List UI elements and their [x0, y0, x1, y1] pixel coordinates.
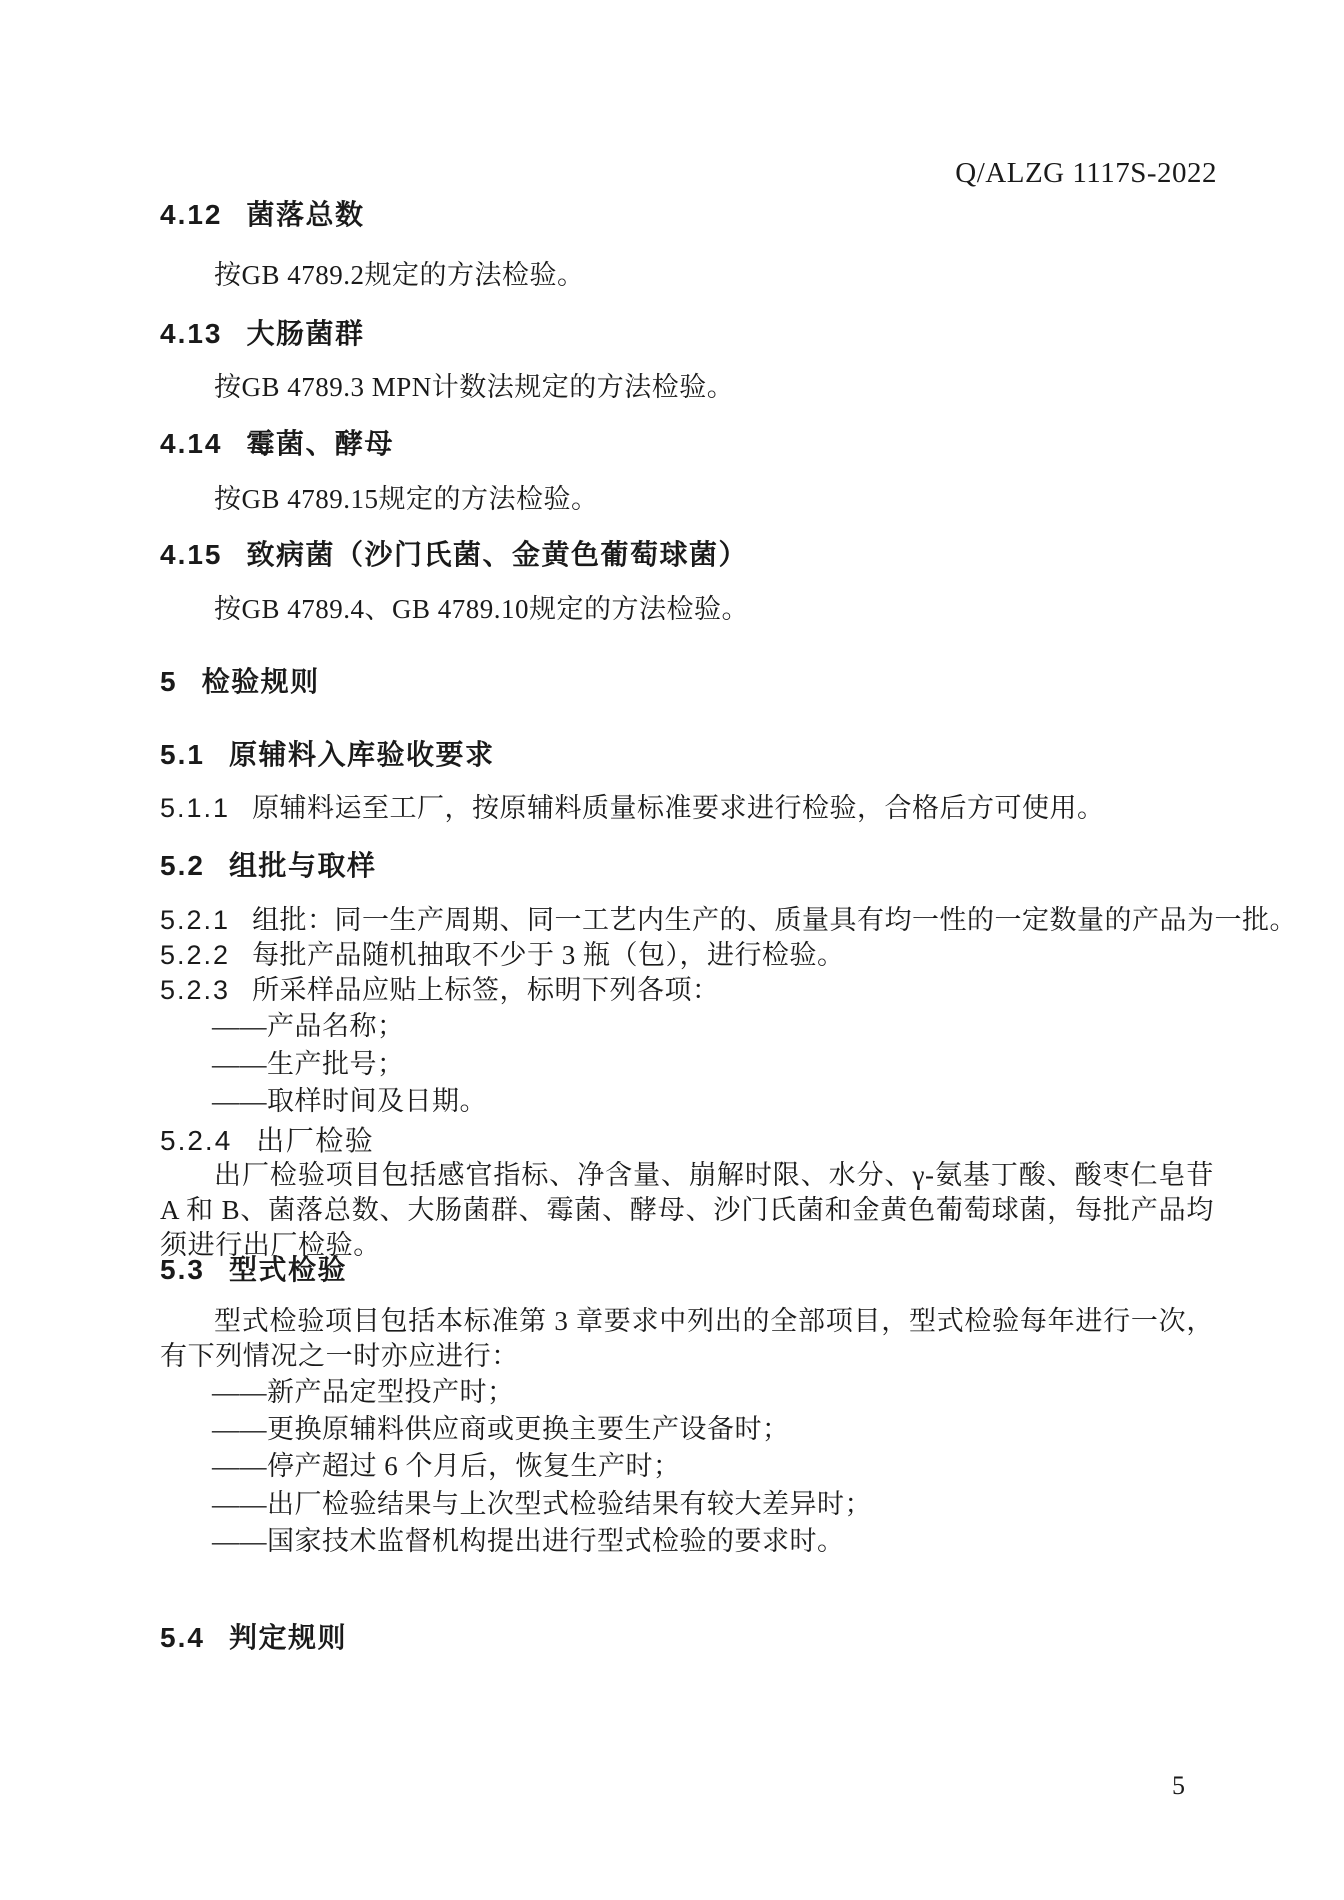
clause-number: 5.2.2 [160, 940, 230, 970]
clause-text: 每批产品随机抽取不少于 3 瓶（包），进行检验。 [252, 940, 845, 970]
heading-number: 5.2 [160, 850, 205, 881]
heading-number: 4.15 [160, 539, 223, 570]
heading-number: 4.13 [160, 318, 223, 349]
clause-5-1-1: 5.1.1原辅料运至工厂，按原辅料质量标准要求进行检验，合格后方可使用。 [160, 791, 1216, 826]
document-page: Q/ALZG 1117S-2022 4.12菌落总数 按GB 4789.2规定的… [0, 0, 1344, 1900]
doc-number-header: Q/ALZG 1117S-2022 [955, 157, 1217, 190]
clause-4-14-body: 按GB 4789.15规定的方法检验。 [214, 477, 599, 516]
clause-4-13-body: 按GB 4789.3 MPN计数法规定的方法检验。 [214, 365, 734, 404]
heading-title: 检验规则 [202, 666, 320, 697]
clause-5-2-1: 5.2.1组批：同一生产周期、同一工艺内生产的、质量具有均一性的一定数量的产品为… [160, 903, 1216, 938]
heading-title: 原辅料入库验收要求 [229, 739, 495, 770]
heading-title: 致病菌（沙门氏菌、金黄色葡萄球菌） [247, 539, 749, 570]
heading-number: 5.1 [160, 739, 205, 770]
list-item: ——新产品定型投产时； [212, 1374, 872, 1411]
heading-title: 判定规则 [229, 1622, 347, 1653]
heading-5-4: 5.4判定规则 [160, 1616, 347, 1656]
clause-number: 5.2.1 [160, 905, 230, 935]
clause-5-2-3: 5.2.3所采样品应贴上标签，标明下列各项： [160, 973, 1216, 1008]
heading-5-3: 5.3型式检验 [160, 1248, 347, 1288]
clause-text: 所采样品应贴上标签，标明下列各项： [252, 975, 720, 1005]
heading-number: 4.12 [160, 199, 223, 230]
clause-number: 5.2.3 [160, 975, 230, 1005]
heading-title: 大肠菌群 [247, 318, 365, 349]
heading-5-1: 5.1原辅料入库验收要求 [160, 733, 494, 773]
heading-number: 5.3 [160, 1254, 205, 1285]
heading-4-14: 4.14霉菌、酵母 [160, 422, 394, 462]
clause-4-15-body: 按GB 4789.4、GB 4789.10规定的方法检验。 [214, 587, 749, 626]
clause-text: 组批：同一生产周期、同一工艺内生产的、质量具有均一性的一定数量的产品为一批。 [252, 905, 1297, 935]
clause-number: 5.1.1 [160, 793, 230, 823]
list-item: ——出厂检验结果与上次型式检验结果有较大差异时； [212, 1486, 872, 1523]
heading-5-2-4: 5.2.4出厂检验 [160, 1119, 374, 1159]
heading-4-12: 4.12菌落总数 [160, 193, 365, 233]
heading-number: 4.14 [160, 428, 223, 459]
heading-4-13: 4.13大肠菌群 [160, 312, 365, 352]
heading-number: 5 [160, 666, 178, 697]
label-requirements-list: ——产品名称； ——生产批号； ——取样时间及日期。 [212, 1008, 487, 1121]
list-item: ——停产超过 6 个月后，恢复生产时； [212, 1448, 872, 1485]
clause-4-12-body: 按GB 4789.2规定的方法检验。 [214, 253, 585, 292]
heading-title: 菌落总数 [247, 199, 365, 230]
type-inspection-conditions-list: ——新产品定型投产时； ——更换原辅料供应商或更换主要生产设备时； ——停产超过… [212, 1374, 872, 1560]
heading-title: 组批与取样 [229, 850, 377, 881]
clause-text: 原辅料运至工厂，按原辅料质量标准要求进行检验，合格后方可使用。 [252, 793, 1105, 823]
clause-5-3-body: 型式检验项目包括本标准第 3 章要求中列出的全部项目，型式检验每年进行一次，有下… [160, 1304, 1214, 1374]
list-item: ——更换原辅料供应商或更换主要生产设备时； [212, 1411, 872, 1448]
heading-number: 5.2.4 [160, 1125, 232, 1156]
heading-title: 霉菌、酵母 [247, 428, 395, 459]
list-item: ——生产批号； [212, 1046, 487, 1084]
list-item: ——产品名称； [212, 1008, 487, 1046]
page-number: 5 [1172, 1771, 1185, 1801]
heading-title: 型式检验 [229, 1254, 347, 1285]
heading-5: 5检验规则 [160, 660, 320, 700]
heading-4-15: 4.15致病菌（沙门氏菌、金黄色葡萄球菌） [160, 533, 748, 573]
list-item: ——国家技术监督机构提出进行型式检验的要求时。 [212, 1523, 872, 1560]
clause-5-2-2: 5.2.2每批产品随机抽取不少于 3 瓶（包），进行检验。 [160, 938, 1216, 973]
list-item: ——取样时间及日期。 [212, 1083, 487, 1121]
heading-title: 出厂检验 [256, 1125, 374, 1156]
heading-number: 5.4 [160, 1622, 205, 1653]
heading-5-2: 5.2组批与取样 [160, 844, 376, 884]
